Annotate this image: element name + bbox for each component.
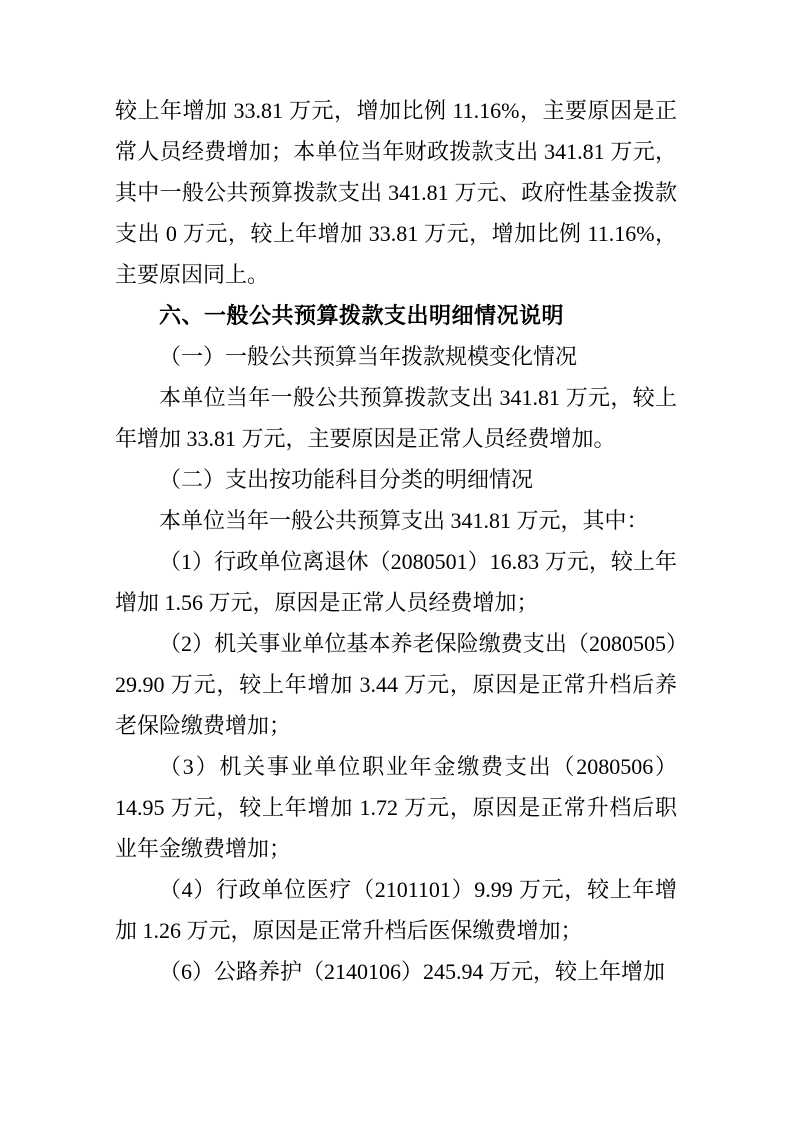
subsection-heading-two: （二）支出按功能科目分类的明细情况: [115, 459, 677, 500]
body-paragraph: 本单位当年一般公共预算支出 341.81 万元，其中：: [115, 500, 677, 541]
paragraph-continued: 较上年增加 33.81 万元，增加比例 11.16%，主要原因是正常人员经费增加…: [115, 90, 677, 295]
body-paragraph: 本单位当年一般公共预算拨款支出 341.81 万元，较上年增加 33.81 万元…: [115, 377, 677, 459]
list-item-paragraph-3: （3）机关事业单位职业年金缴费支出（2080506）14.95 万元，较上年增加…: [115, 746, 677, 869]
subsection-heading-one: （一）一般公共预算当年拨款规模变化情况: [115, 336, 677, 377]
section-heading-six: 六、一般公共预算拨款支出明细情况说明: [115, 295, 677, 336]
list-item-paragraph-6: （6）公路养护（2140106）245.94 万元，较上年增加: [115, 951, 677, 992]
list-item-paragraph-1: （1）行政单位离退休（2080501）16.83 万元，较上年增加 1.56 万…: [115, 541, 677, 623]
document-page: 较上年增加 33.81 万元，增加比例 11.16%，主要原因是正常人员经费增加…: [0, 0, 793, 1122]
list-item-paragraph-4: （4）行政单位医疗（2101101）9.99 万元，较上年增加 1.26 万元，…: [115, 869, 677, 951]
list-item-paragraph-2: （2）机关事业单位基本养老保险缴费支出（2080505）29.90 万元，较上年…: [115, 623, 677, 746]
